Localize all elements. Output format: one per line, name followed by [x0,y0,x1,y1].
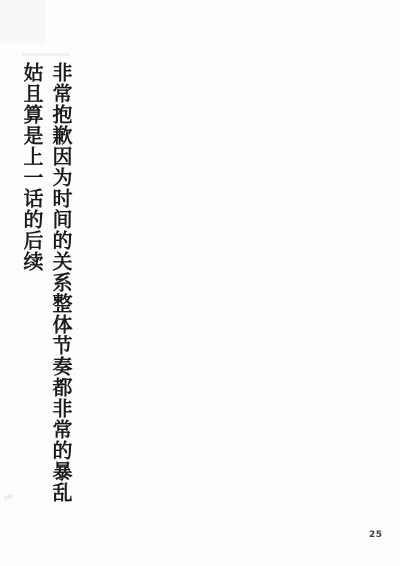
manga-page: 非常抱歉因为时间的关系整体节奏都非常的暴乱 姑且算是上一话的后续 25 [0,0,400,566]
scan-artifact-smudge [22,53,70,56]
vertical-text-column-1: 非常抱歉因为时间的关系整体节奏都非常的暴乱 [46,62,75,542]
author-note-vertical-text: 非常抱歉因为时间的关系整体节奏都非常的暴乱 姑且算是上一话的后续 [17,62,75,542]
scan-artifact-corner [0,0,46,44]
vertical-text-column-2: 姑且算是上一话的后续 [17,62,46,542]
page-number: 25 [369,530,383,540]
scan-artifact-speck [4,494,14,501]
